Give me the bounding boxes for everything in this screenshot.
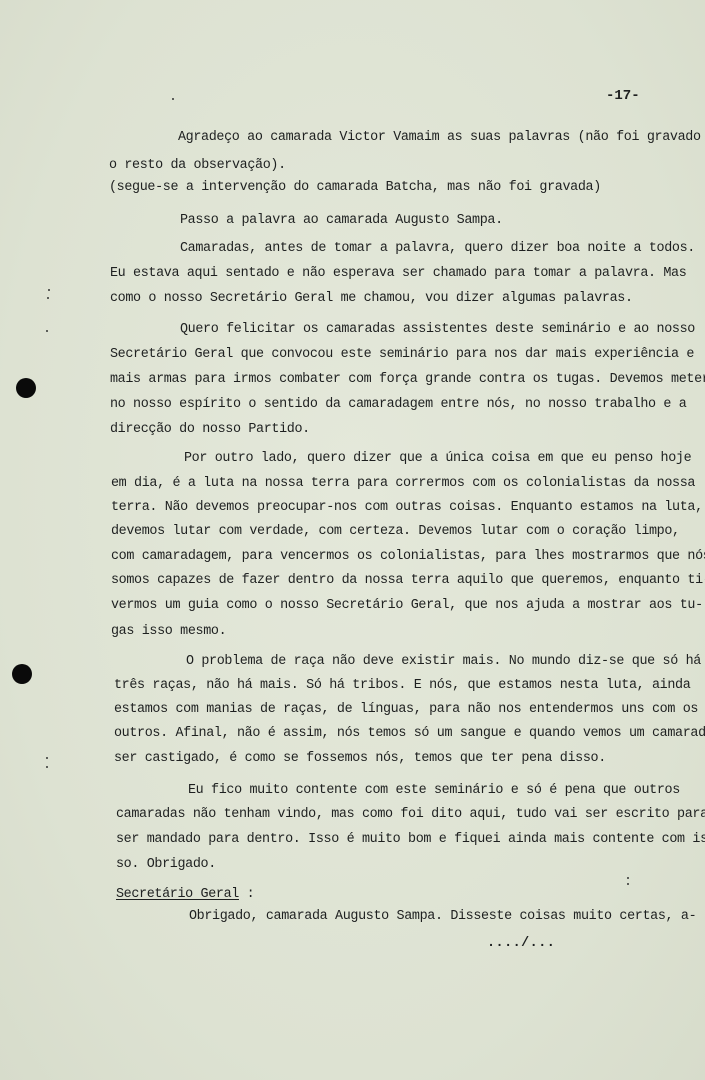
margin-speck xyxy=(46,330,48,332)
text-line: gas isso mesmo. xyxy=(111,624,226,640)
speaker-name: Secretário Geral xyxy=(116,887,239,902)
text-line: Camaradas, antes de tomar a palavra, que… xyxy=(180,241,695,257)
text-line: no nosso espírito o sentido da camaradag… xyxy=(110,397,686,413)
text-line: o resto da observação). xyxy=(109,158,286,174)
text-line: Quero felicitar os camaradas assistentes… xyxy=(180,322,695,338)
text-line: O problema de raça não deve existir mais… xyxy=(186,654,701,670)
text-line: em dia, é a luta na nossa terra para cor… xyxy=(111,476,695,492)
margin-speck xyxy=(627,877,629,879)
text-line: três raças, não há mais. Só há tribos. E… xyxy=(114,678,690,694)
speaker-colon: : xyxy=(239,887,254,902)
text-line: estamos com manias de raças, de línguas,… xyxy=(114,702,698,718)
continuation-mark: ..../... xyxy=(487,936,555,951)
punch-hole xyxy=(16,378,36,398)
text-line: camaradas não tenham vindo, mas como foi… xyxy=(116,807,705,823)
text-line: mais armas para irmos combater com força… xyxy=(110,372,705,388)
text-line: Eu estava aqui sentado e não esperava se… xyxy=(110,266,686,282)
text-line: com camaradagem, para vencermos os colon… xyxy=(111,549,705,565)
margin-speck xyxy=(172,98,174,100)
margin-speck xyxy=(47,297,49,299)
text-line: ser castigado, é como se fossemos nós, t… xyxy=(114,751,606,767)
text-line: Passo a palavra ao camarada Augusto Samp… xyxy=(180,213,503,229)
text-line: devemos lutar com verdade, com certeza. … xyxy=(111,524,680,540)
margin-speck xyxy=(46,757,48,759)
text-line: ser mandado para dentro. Isso é muito bo… xyxy=(116,832,705,848)
punch-hole xyxy=(12,664,32,684)
text-line: Agradeço ao camarada Victor Vamaim as su… xyxy=(178,130,701,146)
margin-speck xyxy=(48,289,50,291)
margin-speck xyxy=(46,766,48,768)
text-line: Obrigado, camarada Augusto Sampa. Disses… xyxy=(189,909,696,925)
text-line: vermos um guia como o nosso Secretário G… xyxy=(111,598,703,614)
text-line: so. Obrigado. xyxy=(116,857,216,873)
margin-speck xyxy=(627,883,629,885)
text-line: outros. Afinal, não é assim, nós temos s… xyxy=(114,726,705,742)
text-line: Eu fico muito contente com este seminári… xyxy=(188,783,680,799)
page-number: -17- xyxy=(606,88,640,104)
text-line: somos capazes de fazer dentro da nossa t… xyxy=(111,573,705,589)
speaker-heading: Secretário Geral : xyxy=(116,887,254,903)
text-line: (segue-se a intervenção do camarada Batc… xyxy=(109,180,601,196)
text-line: terra. Não devemos preocupar-nos com out… xyxy=(111,500,703,516)
text-line: Secretário Geral que convocou este semin… xyxy=(110,347,694,363)
text-line: direcção do nosso Partido. xyxy=(110,422,310,438)
typewritten-page: -17- Agradeço ao camarada Victor Vamaim … xyxy=(0,0,705,1080)
text-line: como o nosso Secretário Geral me chamou,… xyxy=(110,291,633,307)
text-line: Por outro lado, quero dizer que a única … xyxy=(184,451,691,467)
